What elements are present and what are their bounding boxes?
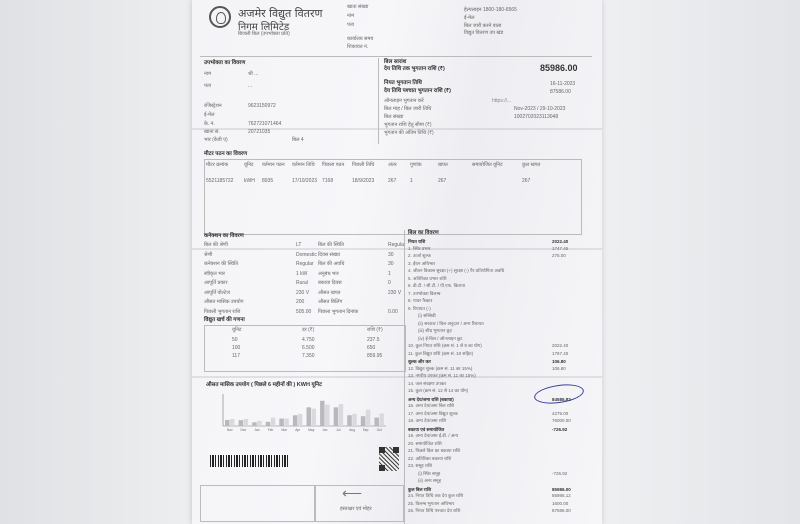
connection-label: औसत मासिक उपयोग: [204, 299, 244, 305]
charges-cell: 117: [232, 353, 240, 359]
bill-detail-label: 17. अन्य देय/जमा विद्युत शुल्क: [408, 411, 458, 417]
meter-column-header: गुणांक: [410, 162, 422, 168]
connection-value: 1: [388, 271, 391, 277]
svg-text:Jul: Jul: [336, 428, 340, 432]
connection-value: 505.00: [296, 309, 311, 315]
header-label: कार्यालय समय: [347, 36, 373, 42]
meter-column-header: पिछला पठन: [322, 162, 344, 168]
bill-detail-value: 106.80: [552, 358, 566, 365]
divider: [200, 56, 592, 57]
bill-detail-label: अन्य देय/जमा राशि (बकाया): [408, 396, 454, 403]
bill-detail-label: 14. जल संरक्षण उपकर: [408, 381, 446, 387]
bill-month-label: बिल माह / बिल जारी तिथि: [384, 106, 431, 112]
paper-fold: [192, 248, 602, 250]
meter-cell: 17/10/2023: [292, 178, 317, 184]
bill-detail-value: 1600.00: [552, 501, 568, 507]
bill-summary-extra: भुगतान राशि हेतु सीमा (₹): [384, 122, 432, 128]
bill-detail-value: 1767.40: [552, 351, 568, 357]
connection-value: 0.00: [388, 309, 398, 315]
meter-heading: मीटर पठन का विवरण: [204, 151, 247, 158]
connection-value: 200: [296, 299, 304, 305]
charges-heading: विद्युत खर्च की गणना: [204, 317, 245, 324]
bill-detail-label: (iii) शीघ्र भुगतान छूट: [418, 328, 452, 334]
consumer-label: भार (केवी ए): [204, 137, 228, 143]
header-right-line: विद्युत वितरण उप खंड: [464, 30, 503, 36]
bill-no-label: बिल संख्या: [384, 114, 403, 120]
charges-cell: 100: [232, 345, 240, 351]
charges-cell: 650: [367, 345, 375, 351]
connection-label: आपूर्ति प्रकार: [204, 280, 228, 286]
bill-detail-label: 6. डी.टी. / सी.टी. / पी.एफ. किराया: [408, 283, 465, 289]
bill-detail-label: शुल्क और कर: [408, 358, 431, 365]
bill-detail-label: 20. समायोजित राशि: [408, 441, 442, 447]
meter-cell: 18/9/2023: [352, 178, 374, 184]
header-right-line: बिल जारी करने वाला: [464, 23, 501, 29]
meter-column-header: कुल खपत: [522, 162, 540, 168]
meter-cell: 267: [388, 178, 396, 184]
paper-fold: [192, 376, 602, 378]
bill-detail-label: (ii) अन्य समूह: [418, 478, 441, 484]
bill-detail-label: 25. विलम्ब भुगतान अधिभार: [408, 501, 454, 507]
meter-cell: 267: [522, 178, 530, 184]
svg-text:Nov: Nov: [227, 428, 233, 432]
svg-text:Dec: Dec: [241, 428, 247, 432]
due-amount: 85986.00: [540, 63, 578, 73]
meter-column-header: अंतर: [388, 162, 397, 168]
connection-label: औसत खपत: [318, 290, 341, 296]
bill-detail-label: कुल बिल राशि: [408, 486, 431, 493]
sign-label: हस्ताक्षर एवं मोहर: [340, 506, 372, 512]
bill-detail-value: 1747.45: [552, 246, 568, 252]
meter-column-header: पिछली तिथि: [352, 162, 374, 168]
bill-no: 1002702023113048: [514, 114, 558, 120]
bill-detail-label: 1. स्थिर प्रभार: [408, 246, 431, 252]
connection-label: स्वीकृत भार: [204, 271, 225, 277]
bill-detail-label: (i) स्थिर समूह: [418, 471, 440, 477]
bill-detail-label: 5. अतिरिक्त प्रभार राशि: [408, 276, 447, 282]
bill-detail-label: 13. नगरीय उपकर (क्रम सं. 11 का 15%): [408, 373, 476, 379]
due-date-label: नियत भुगतान तिथि: [384, 80, 422, 87]
svg-text:Feb: Feb: [268, 428, 274, 432]
bill-detail-value: 4275.00: [552, 411, 568, 417]
charges-column-header: दर (₹): [302, 327, 314, 333]
consumer-label: ई-मेल: [204, 112, 215, 118]
meter-cell: 8935: [262, 178, 273, 184]
after-due-amount: 87586.00: [550, 89, 571, 95]
bill-detail-label: 9. रियायत (-): [408, 306, 431, 312]
svg-text:Oct: Oct: [377, 428, 382, 432]
bill-details-heading: बिल का विवरण: [408, 230, 439, 237]
consumer-label: नाम: [204, 71, 211, 77]
charges-cell: 6.500: [302, 345, 315, 351]
header-label: नाम: [347, 13, 354, 19]
consumer-label: रजिस्ट्रेशन: [204, 103, 222, 109]
connection-label: बिल की अवधि: [318, 261, 344, 267]
svg-text:Aug: Aug: [349, 428, 355, 432]
bill-detail-label: 22. अतिरिक्त बकाया राशि: [408, 456, 451, 462]
bill-detail-label: 19. अन्य देय/जमा ई.डी. / अन्य: [408, 433, 458, 439]
usage-chart-title: औसत मासिक उपयोग ( पिछले 6 महीनों की ) KW…: [206, 382, 322, 389]
bill-detail-label: 16. अन्य देय/जमा बिल राशि: [408, 403, 454, 409]
bill-detail-value: 87586.00: [552, 508, 571, 514]
bill-detail-label: (i) सब्सिडी: [418, 313, 436, 319]
bill-detail-label: 3. ईंधन अधिभार: [408, 261, 435, 267]
bill-detail-label: 2. ऊर्जा शुल्क: [408, 253, 431, 259]
header-label: खाता संख्या: [347, 4, 368, 10]
online-url[interactable]: https://...: [492, 98, 511, 104]
bill-detail-value: 2022.40: [552, 343, 568, 349]
meter-cell: 5521185722: [206, 178, 233, 184]
background-right: [595, 0, 800, 524]
consumer-value: श्री ...: [248, 71, 258, 77]
meter-table: [204, 159, 582, 235]
charges-cell: 4.750: [302, 337, 315, 343]
connection-label: बिल की श्रेणी: [204, 242, 228, 248]
bill-detail-label: नियत राशि: [408, 238, 425, 245]
bill-detail-label: 10. कुल नियत राशि (क्रम सं. 1 से 9 का यो…: [408, 343, 482, 349]
divider: [404, 230, 405, 524]
company-logo-icon: [209, 6, 231, 28]
consumer-label: के. नं.: [204, 121, 215, 127]
meter-column-header: मीटर क्रमांक: [206, 162, 228, 168]
barcode: [210, 455, 288, 467]
bill-detail-value: 76000.00: [552, 418, 571, 424]
online-label: ऑनलाइन भुगतान करें: [384, 98, 424, 104]
connection-label: अनुबंध भार: [318, 271, 339, 277]
charges-cell: 237.5: [367, 337, 380, 343]
meter-column-header: वर्तमान तिथि: [292, 162, 315, 168]
bill-detail-label: 4. जीवन विकास सुरक्षा (+) सुरक्षा (-) पै…: [408, 268, 504, 274]
bill-month: Nov-2023 / 29-10-2023: [514, 106, 565, 112]
bill-paper: अजमेर विद्युत वितरण निगम लिमिटेड बिजली ब…: [192, 0, 602, 524]
bill-detail-label: (iv) ई-बिल / ऑनलाइन छूट: [418, 336, 462, 342]
connection-label: बिल की स्थिति: [318, 242, 344, 248]
connection-value: 1 kW: [296, 271, 307, 277]
header-label: पता: [347, 22, 354, 28]
meter-cell: 1: [410, 178, 413, 184]
consumer-label: पता: [204, 83, 211, 89]
consumer-heading: उपभोक्ता का विवरण: [204, 60, 245, 67]
bill-summary-heading: बिल सारांश: [384, 59, 406, 66]
background-left: [0, 0, 190, 524]
company-sub: बिजली बिल (उपभोक्ता प्रति): [238, 31, 290, 37]
svg-text:Sep: Sep: [363, 428, 369, 432]
bill-detail-value: 106.80: [552, 366, 566, 372]
connection-value: 0: [388, 280, 391, 286]
meter-column-header: समायोजित यूनिट: [472, 162, 503, 168]
bill-detail-label: बकाया एवं समायोजित: [408, 426, 444, 433]
consumer-value: 762721071464: [248, 121, 281, 127]
bill-detail-value: -726.92: [552, 471, 567, 477]
qr-code: [379, 447, 399, 471]
consumer-value: 9623150972: [248, 103, 276, 109]
pen-circle-annotation: [533, 382, 585, 407]
connection-value: Regular: [296, 261, 314, 267]
connection-value: Rural: [296, 280, 308, 286]
meter-column-header: वर्तमान पठन: [262, 162, 285, 168]
connection-heading: कनेक्शन का विवरण: [204, 233, 244, 240]
after-due-label: देय तिथि पश्चात भुगतान राशि (₹): [384, 88, 451, 95]
connection-value: 230 V: [388, 290, 401, 296]
bill-detail-label: 26. नियत तिथि पश्चात देय राशि: [408, 508, 460, 514]
bill-detail-label: 18. अन्य देय/जमा राशि: [408, 418, 446, 424]
header-right-line: हेल्पलाइन 1800-180-6565: [464, 7, 517, 13]
connection-value: 230 V: [296, 290, 309, 296]
header-label: शिकायत नं.: [347, 44, 368, 50]
bill-detail-label: 8. पावर फैक्टर: [408, 298, 432, 304]
svg-text:Mar: Mar: [281, 428, 287, 432]
bill-detail-value: 275.00: [552, 253, 566, 259]
footer-box-left: [200, 485, 316, 522]
consumer-value: 20721035: [248, 129, 270, 135]
connection-label: आपूर्ति वोल्टेज: [204, 290, 230, 296]
charges-column-header: राशि (₹): [367, 327, 383, 333]
meter-column-header: यूनिट: [244, 162, 254, 168]
usage-chart: NovDecJanFebMarAprMayJunJulAugSepOct: [205, 392, 390, 432]
connection-value: LT: [296, 242, 301, 248]
bill-detail-value: 85986.12: [552, 493, 571, 499]
connection-label: दिवस संख्या: [318, 252, 340, 258]
meter-cell: 7168: [322, 178, 333, 184]
connection-value: Regular: [388, 242, 406, 248]
charges-cell: 859.95: [367, 353, 382, 359]
connection-value: 30: [388, 261, 394, 267]
svg-text:May: May: [308, 428, 314, 432]
bill-detail-label: 7. उपभोक्ता विलम्ब: [408, 291, 441, 297]
connection-label: औसत बिलिंग: [318, 299, 342, 305]
connection-label: कनेक्शन की स्थिति: [204, 261, 238, 267]
bill-detail-label: 11. कुल विद्युत राशि (क्रम सं. 10 सहित): [408, 351, 473, 357]
connection-label: पिछला भुगतान दिनांक: [318, 309, 358, 315]
arrow-icon: ⟵: [342, 485, 362, 502]
bill-detail-label: 15. कुल (क्रम सं. 12 से 14 का योग): [408, 388, 468, 394]
consumer-value: ...: [248, 83, 252, 89]
connection-value: Domestic: [296, 252, 317, 258]
due-amount-label: देय तिथि तक भुगतान राशि (₹): [384, 66, 445, 73]
charges-cell: 7.350: [302, 353, 315, 359]
bill-detail-value: 2022.40: [552, 238, 568, 245]
connection-label: श्रेणी: [204, 252, 212, 258]
svg-text:Jun: Jun: [322, 428, 327, 432]
connection-label: बकाया दिवस: [318, 280, 342, 286]
meter-cell: kWH: [244, 178, 255, 184]
divider: [378, 58, 379, 144]
charges-column-header: यूनिट: [232, 327, 242, 333]
header-right-line: ई-मेल: [464, 15, 475, 21]
bill-detail-label: 24. नियत तिथि तक देय कुल राशि: [408, 493, 463, 499]
connection-value: 30: [388, 252, 394, 258]
meter-cell: 267: [438, 178, 446, 184]
consumer-value: बिल 4: [292, 137, 304, 143]
due-date: 16-11-2023: [550, 81, 575, 87]
consumer-label: खाता सं.: [204, 129, 220, 135]
bill-detail-label: 12. विद्युत शुल्क (क्रम सं. 11 का 15%): [408, 366, 472, 372]
bill-summary-extra: भुगतान की अंतिम तिथि (₹): [384, 130, 434, 136]
charges-cell: 50: [232, 337, 238, 343]
connection-label: पिछली भुगतान राशि: [204, 309, 240, 315]
svg-text:Apr: Apr: [295, 428, 301, 432]
bill-detail-label: (ii) सरकार / बिल अनुदान / अन्य रियायत: [418, 321, 484, 327]
bill-detail-label: 23. समूह राशि: [408, 463, 432, 469]
meter-column-header: खपत: [438, 162, 448, 168]
bill-detail-value: 85986.00: [552, 486, 571, 493]
bill-detail-value: -726.92: [552, 426, 567, 433]
bill-detail-label: 21. पिछले बिल का बकाया राशि: [408, 448, 460, 454]
svg-text:Jan: Jan: [254, 428, 259, 432]
